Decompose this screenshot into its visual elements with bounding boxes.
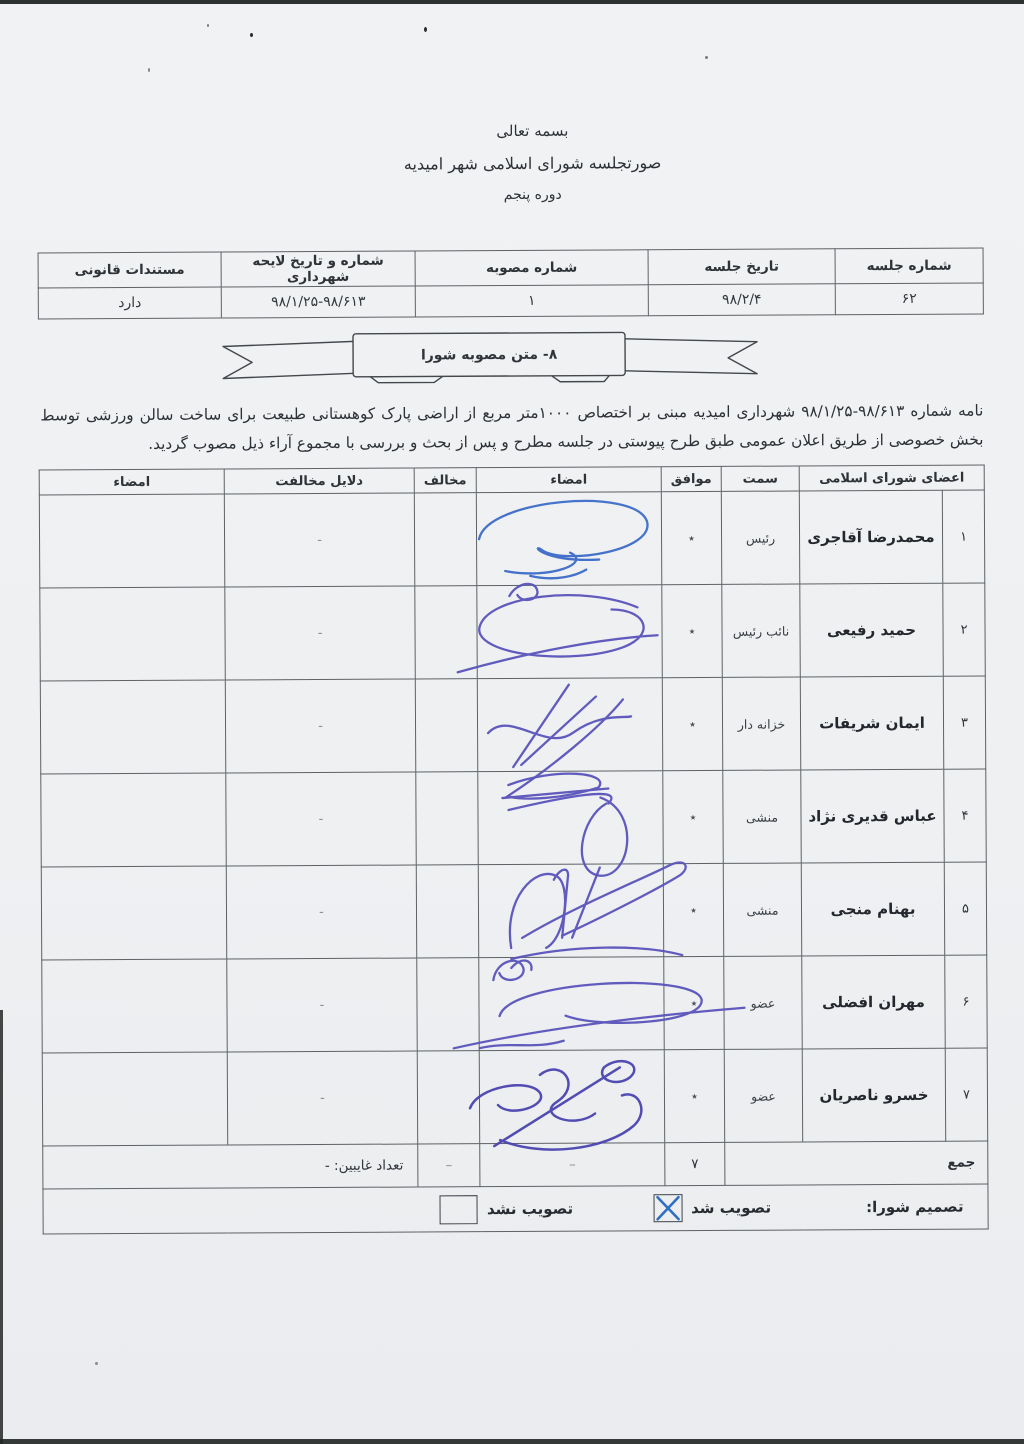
bismillah-line: بسمه تعالی [60,119,1005,142]
dissent-reason-cell: - [225,679,415,773]
col-header-dissent-reasons: دلایل مخالفت [224,468,414,494]
opposed-cell [417,1051,479,1144]
agree-mark: ٭ [662,677,722,770]
value-session-date: ۹۸/۲/۴ [648,284,835,316]
letter-number: ۹۸/۱/۲۵-۹۸/۶۱۳ [801,402,904,421]
sum-label: جمع [725,1141,988,1185]
row-number: ۱ [942,490,984,583]
opposed-cell [415,679,477,772]
signature2-cell [39,494,224,588]
col-header-opposed: مخالف [414,468,476,493]
member-position: منشی [723,863,801,956]
header-resolution-number: شماره مصوبه [415,250,648,286]
col-header-signature-2: امضاء [39,469,224,495]
col-header-position: سمت [721,466,799,491]
scan-speck [148,68,150,72]
signature-cell [479,957,664,1051]
opposed-cell [415,586,477,679]
dissent-reason-cell: - [227,958,417,1052]
member-row: ۱ محمدرضا آقاجری رئیس ٭ - [39,490,984,588]
signature2-cell [42,1052,227,1146]
member-position: رئیس [721,491,799,584]
signature-cell [479,1050,664,1144]
decision-label: تصمیم شورا: [866,1198,964,1217]
opposed-cell [416,865,478,958]
member-position: نائب رئیس [722,584,800,677]
opposed-cell [417,958,479,1051]
header-legal-documentation: مستندات قانونی [38,252,221,288]
approved-option: تصویب شد [653,1194,771,1223]
resolution-banner: ۸- متن مصوبه شورا [220,329,760,392]
resolution-text: نامه شماره ۹۸/۱/۲۵-۹۸/۶۱۳ شهرداری امیدیه… [40,397,983,460]
scan-edge-left [0,1010,3,1444]
member-name: مهران افضلی [802,955,946,1049]
row-number: ۷ [945,1048,987,1141]
dissent-reason-cell: - [225,586,415,680]
member-name: بهنام منجی [801,862,945,956]
document-sheet: بسمه تعالی صورتجلسه شورای اسلامی شهر امی… [0,0,1024,1444]
term-line: دوره پنجم [60,184,1005,205]
signature-cell [477,585,662,679]
sum-opposed-dash: – [418,1144,480,1187]
member-name: ایمان شریفات [800,676,944,770]
x-mark-icon [654,1195,681,1221]
member-row: ۴ عباس قدیری نژاد منشی ٭ - [41,769,986,867]
member-position: خزانه دار [722,677,800,770]
sum-signature-dash: – [480,1143,665,1187]
row-number: ۵ [944,862,986,955]
dissent-reason-cell: - [224,493,414,587]
not-approved-checkbox [440,1195,478,1224]
signature-cell [477,678,662,772]
member-name: محمدرضا آقاجری [799,490,943,584]
signature2-cell [41,773,226,867]
scan-speck [250,33,253,37]
scan-speck [95,1362,98,1365]
not-approved-option: تصویب نشد [440,1194,573,1224]
signature-cell [478,771,663,865]
col-header-agree: موافق [661,466,721,491]
summary-row: جمع ۷ – – تعداد غایبین: - [43,1141,988,1189]
member-row: ۷ خسرو ناصریان عضو ٭ - [42,1048,987,1146]
row-number: ۲ [943,583,985,676]
resolution-prefix: نامه شماره [910,402,983,420]
opposed-cell [416,772,478,865]
value-legal-documentation: دارد [38,287,221,319]
signature-cell [478,864,663,958]
signature-cell [476,492,661,586]
scan-speck [705,56,708,59]
not-approved-label: تصویب نشد [487,1200,573,1218]
agree-mark: ٭ [664,1049,724,1142]
dissent-reason-cell: - [226,865,416,959]
col-header-members: اعضای شورای اسلامی [799,465,984,491]
scan-speck [207,24,209,27]
banner-title: ۸- متن مصوبه شورا [353,333,625,376]
agree-mark: ٭ [663,863,723,956]
dissent-reason-cell: - [227,1051,417,1145]
vote-table: اعضای شورای اسلامی سمت موافق امضاء مخالف… [39,465,989,1235]
agree-mark: ٭ [663,770,723,863]
signature2-cell [40,680,225,774]
value-bill-number-date: ۹۸/۱/۲۵-۹۸/۶۱۳ [221,286,415,318]
row-number: ۶ [945,955,987,1048]
signature2-cell [42,959,227,1053]
value-resolution-number: ۱ [415,285,648,317]
row-number: ۳ [943,676,985,769]
member-row: ۶ مهران افضلی عضو ٭ - [42,955,987,1053]
member-position: منشی [723,770,801,863]
scan-edge-bottom [0,1439,1024,1444]
opposed-cell [414,493,476,586]
approved-label: تصویب شد [691,1199,771,1217]
member-position: عضو [724,1049,802,1142]
signature2-cell [41,866,226,960]
agree-mark: ٭ [661,491,721,584]
scanned-document-page: بسمه تعالی صورتجلسه شورای اسلامی شهر امی… [0,0,1024,1444]
member-row: ۳ ایمان شریفات خزانه دار ٭ - [40,676,985,774]
absent-count-label: تعداد غایبین: - [43,1144,418,1189]
scan-edge-top [0,0,1024,4]
member-name: عباس قدیری نژاد [801,769,945,863]
page-title: صورتجلسه شورای اسلامی شهر امیدیه [60,151,1005,175]
scan-speck [424,27,427,32]
member-row: ۵ بهنام منجی منشی ٭ - [41,862,986,960]
agree-mark: ٭ [664,956,724,1049]
value-session-number: ۶۲ [835,283,983,315]
member-position: عضو [724,956,802,1049]
dissent-reason-cell: - [226,772,416,866]
document-heading: بسمه تعالی صورتجلسه شورای اسلامی شهر امی… [60,119,1005,205]
member-row: ۲ حمید رفیعی نائب رئیس ٭ - [40,583,985,681]
col-header-signature: امضاء [476,467,661,493]
header-session-date: تاریخ جلسه [648,249,835,285]
decision-row: تصمیم شورا: تصویب شد تصویب نشد [43,1184,988,1234]
row-number: ۴ [944,769,986,862]
sum-agree-total: ۷ [665,1142,725,1185]
approved-checkbox [653,1194,682,1222]
signature2-cell [40,587,225,681]
header-session-number: شماره جلسه [835,248,983,284]
member-name: خسرو ناصریان [802,1048,946,1142]
agree-mark: ٭ [662,584,722,677]
header-bill-number-date: شماره و تاریخ لایحه شهرداری [221,251,415,287]
session-info-table: شماره جلسه تاریخ جلسه شماره مصوبه شماره … [38,248,984,320]
member-name: حمید رفیعی [800,583,944,677]
